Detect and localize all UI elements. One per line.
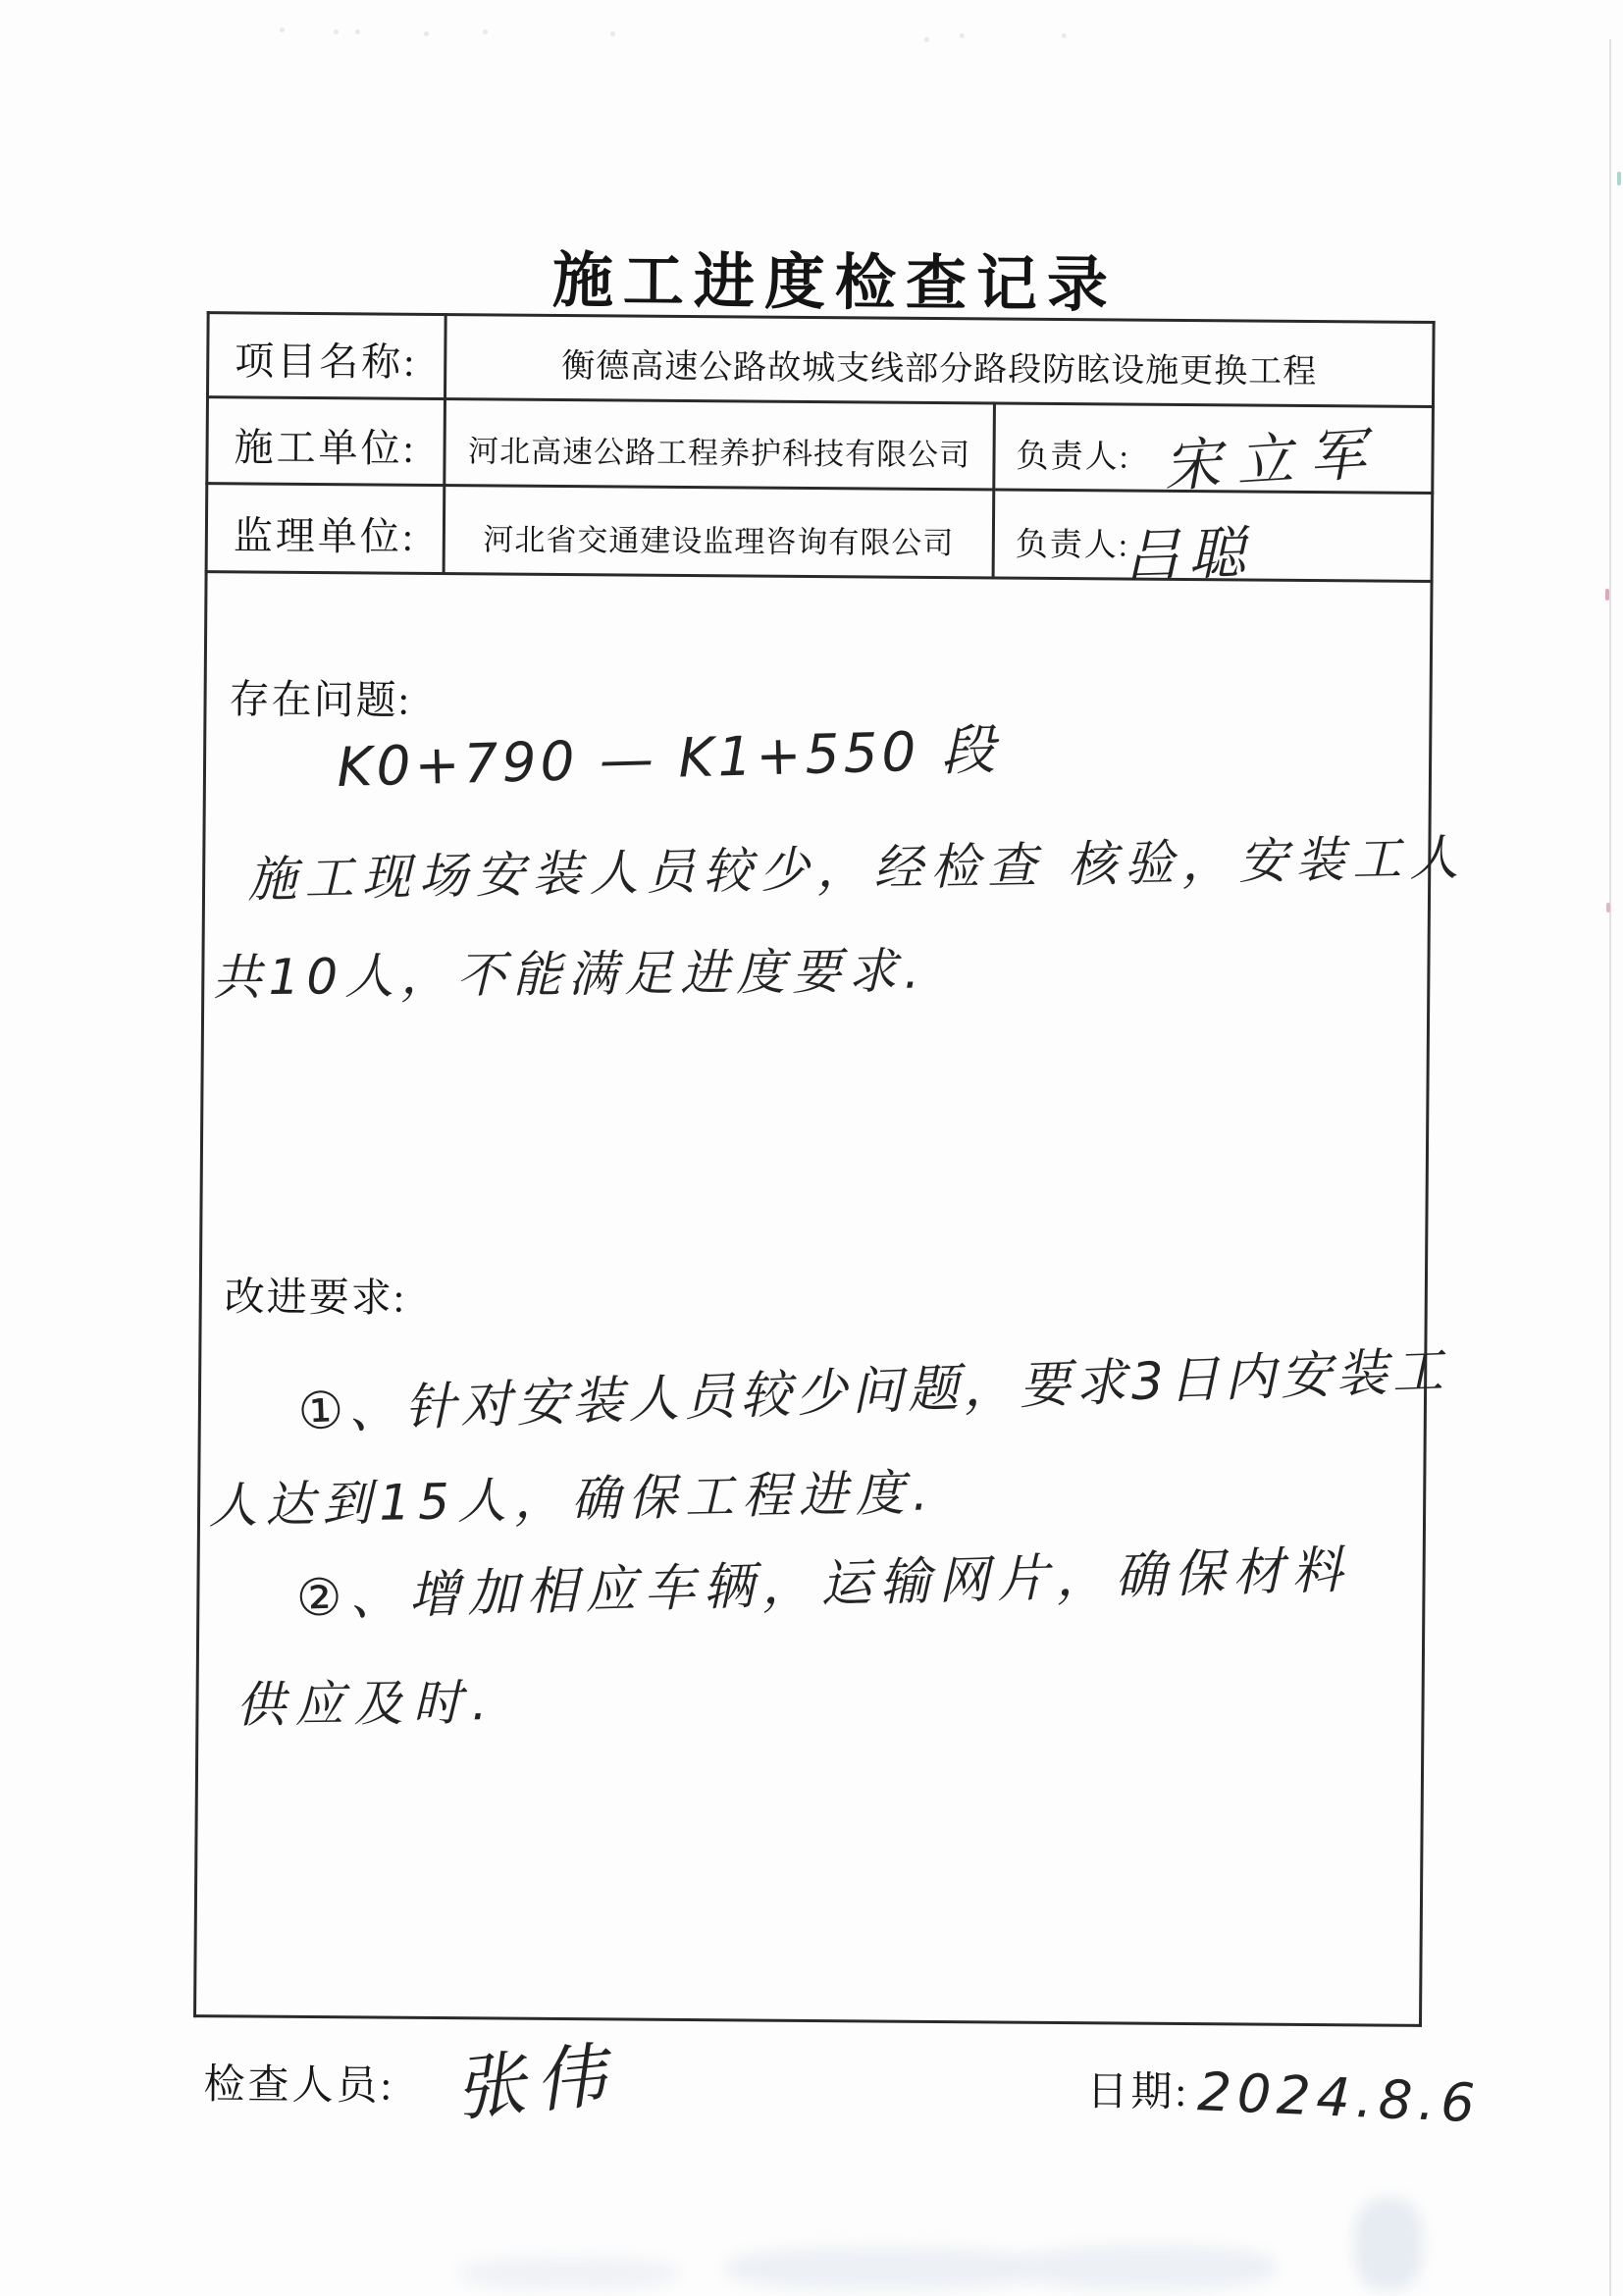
document-content: 施工进度检查记录 项目名称: 衡德高速公路故城支线部分路段防眩设施更换工程 施工… (0, 0, 1623, 2296)
improvements-handwritten-line-3: ②、增加相应车辆，运输网片，确保材料 (295, 1529, 1351, 1631)
edge-mark-pink (1606, 903, 1610, 913)
problems-handwritten-line-1: K0+790 — K1+550 段 (336, 706, 1000, 802)
problems-handwritten-line-3: 共10人，不能满足进度要求. (212, 932, 926, 1010)
supervision-responsible-signature: 吕聪 (1123, 506, 1254, 593)
inspector-label: 检查人员: (203, 2052, 394, 2113)
improvements-handwritten-line-2: 人达到15人，确保工程进度. (208, 1453, 937, 1538)
table-border-left (193, 311, 210, 2017)
bottom-smudge (1021, 2245, 1276, 2290)
scanned-document-page: 施工进度检查记录 项目名称: 衡德高速公路故城支线部分路段防眩设施更换工程 施工… (0, 0, 1623, 2296)
table-border-right (1419, 321, 1436, 2027)
improvements-handwritten-line-1: ①、针对安装人员较少问题，要求3日内安装工 (296, 1330, 1449, 1444)
project-name-value: 衡德高速公路故城支线部分路段防眩设施更换工程 (446, 338, 1432, 393)
supervision-responsible-label: 负责人: (1016, 519, 1130, 566)
bottom-smudge (461, 2257, 677, 2290)
scan-speck (334, 29, 339, 34)
improvements-handwritten-line-4: 供应及时. (236, 1663, 497, 1737)
construction-unit-value: 河北高速公路工程养护科技有限公司 (445, 426, 992, 474)
construction-responsible-signature: 宋立军 (1161, 407, 1384, 503)
inspector-signature: 张伟 (449, 2017, 619, 2134)
bottom-smudge (726, 2247, 1040, 2290)
project-name-label: 项目名称: (235, 330, 418, 387)
scan-speck (924, 37, 929, 42)
date-value: 2024.8.6 (1196, 2061, 1482, 2134)
improvements-section-label: 改进要求: (225, 1264, 407, 1323)
construction-responsible-label: 负责人: (1016, 431, 1130, 478)
supervision-unit-label: 监理单位: (234, 504, 417, 561)
scan-speck (355, 29, 360, 34)
problems-section-label: 存在问题: (229, 666, 411, 725)
scan-speck (960, 33, 965, 38)
bottom-smudge (1354, 2198, 1423, 2290)
supervision-unit-value: 河北省交通建设监理咨询有限公司 (445, 514, 992, 562)
date-label: 日期: (1086, 2059, 1189, 2118)
row-divider-1 (206, 395, 1435, 408)
paper-edge-line (1609, 39, 1611, 2296)
table-border-bottom (193, 2014, 1422, 2027)
construction-unit-label: 施工单位: (234, 416, 417, 473)
scan-speck (483, 29, 488, 34)
document-title: 施工进度检查记录 (552, 232, 1119, 324)
edge-mark-teal (1617, 172, 1621, 185)
scan-speck (280, 27, 285, 32)
scan-speck (610, 31, 615, 36)
scan-speck (424, 31, 429, 36)
problems-handwritten-line-2: 施工现场安装人员较少，经检查 核验，安装工人 (247, 818, 1467, 912)
edge-mark-pink (1605, 589, 1609, 600)
scan-speck (1062, 33, 1067, 38)
form-table (9, 0, 1623, 7)
